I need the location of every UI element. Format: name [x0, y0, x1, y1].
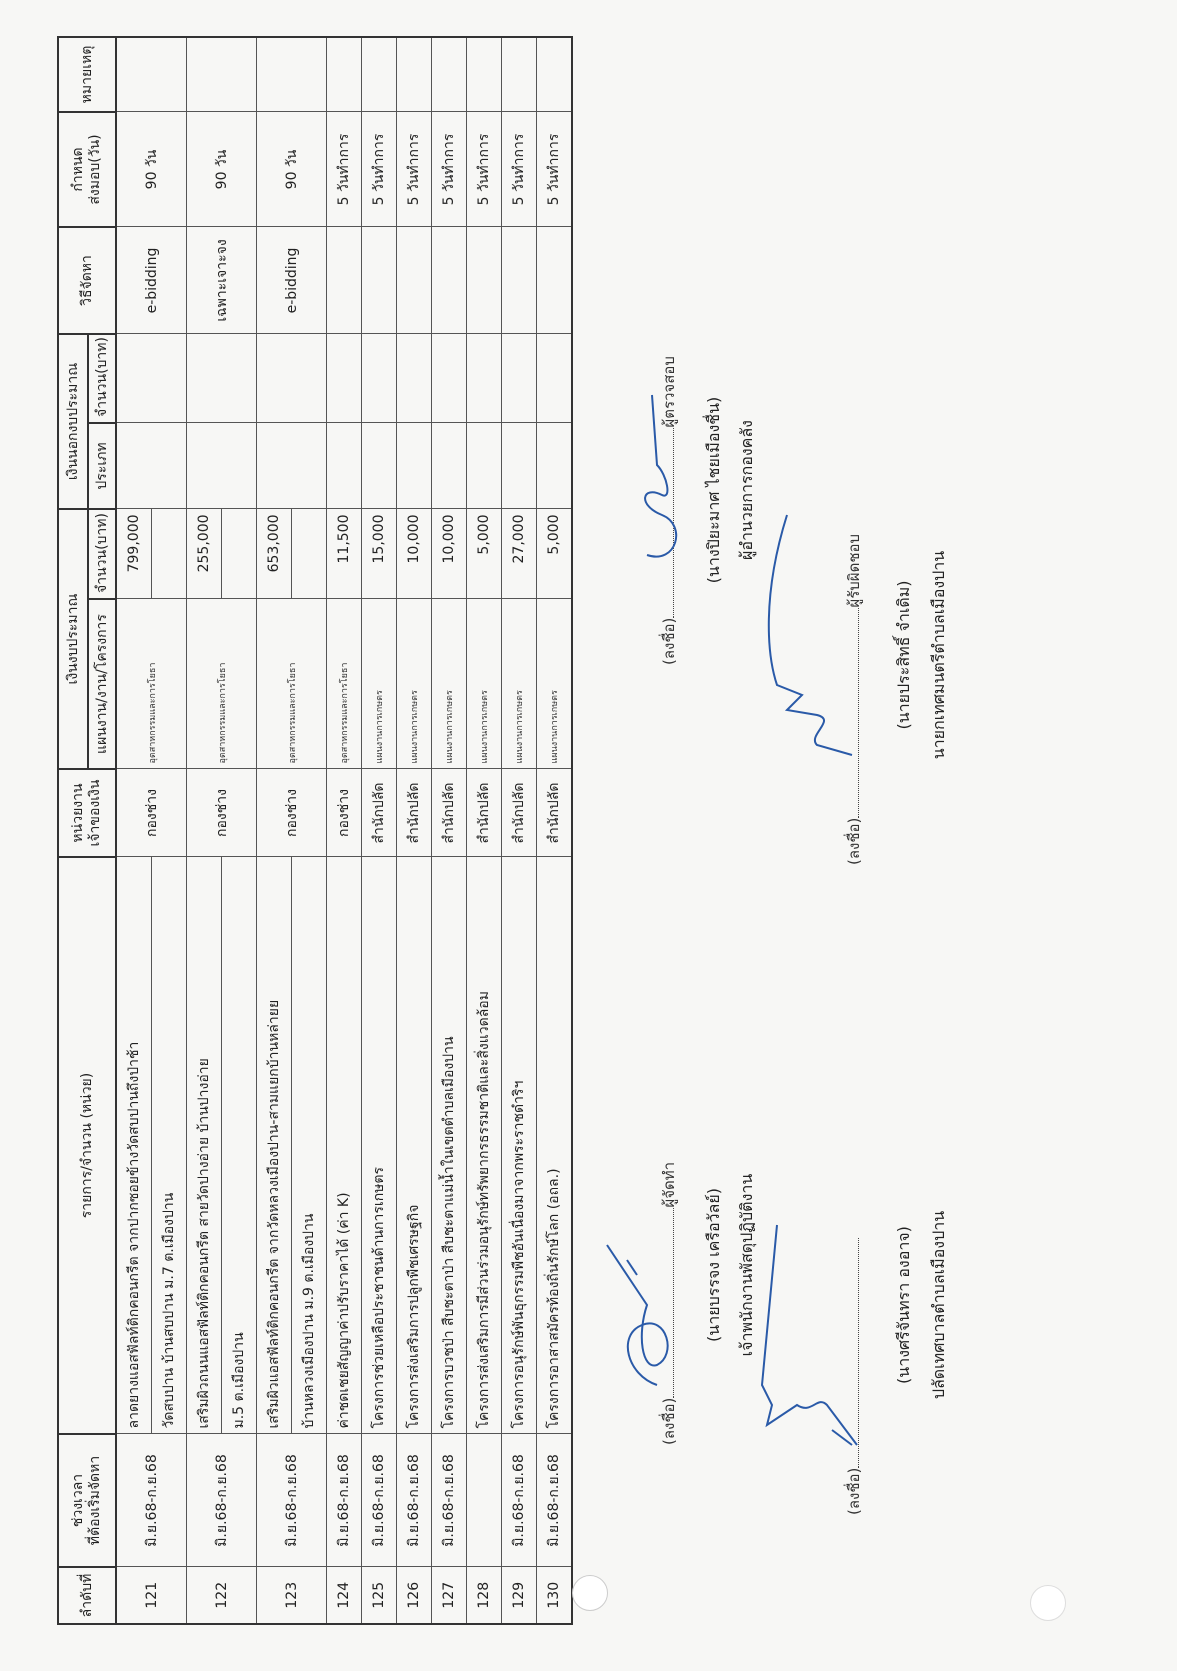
row-period: มิ.ย.68-ก.ย.68 [397, 1434, 432, 1567]
row-description: โครงการส่งเสริมการปลูกพืชเศรษฐกิจ [397, 857, 432, 1434]
row-budget-amount: 11,500 [327, 509, 362, 599]
approver-block: (นายประสิทธิ์ จำเดิม) นายกเทศมนตรีตำบลเม… [892, 525, 952, 785]
row-remarks [327, 37, 362, 112]
checker-name: (นางปิยะมาศ ไชยเมืองชื่น) [702, 365, 727, 615]
row-period: มิ.ย.68-ก.ย.68 [257, 1434, 327, 1567]
row-budget-amount: 255,000 [187, 509, 222, 599]
row-extra-type [257, 423, 327, 509]
rotated-document-page: ลำดับที่ ช่วงเวลาที่ต้องเริ่มจัดหา รายกา… [57, 38, 1157, 1625]
row-deadline: 5 วันทำการ [537, 112, 573, 227]
row-owner-unit: สำนักปลัด [432, 769, 467, 857]
preparer-block: (นายบรรจง เครือวัลย์) เจ้าพนักงานพัสดุปฏ… [702, 1155, 760, 1375]
row-description: เสริมผิวแอสฟัลท์ติกคอนกรีต จากวัดหลวงเมื… [257, 857, 292, 1434]
row-budget-plan: แผนงานการเกษตร [362, 599, 397, 769]
binder-hole-mark [1030, 1585, 1066, 1621]
table-row: 125มิ.ย.68-ก.ย.68โครงการช่วยเหลือประชาชน… [362, 37, 397, 1624]
header-unit: หน่วยงานเจ้าของเงิน [58, 769, 116, 857]
row-deadline: 5 วันทำการ [502, 112, 537, 227]
row-budget-amount-blank [152, 509, 187, 599]
row-extra-type [187, 423, 257, 509]
row-owner-unit: กองช่าง [327, 769, 362, 857]
header-extra-amount: จำนวน(บาท) [88, 334, 116, 423]
row-period: มิ.ย.68-ก.ย.68 [187, 1434, 257, 1567]
row-description-continued: บ้านหลวงเมืองปาน ม.9 ต.เมืองปาน [292, 857, 327, 1434]
table-row: 122มิ.ย.68-ก.ย.68เสริมผิวถนนแอสฟัลท์ติกค… [187, 37, 222, 1624]
row-budget-plan: อุตสาหกรรมและการโยธา [187, 599, 257, 769]
binder-hole-mark [572, 1575, 608, 1611]
table-body: 121มิ.ย.68-ก.ย.68ลาดยางแอสฟัลท์ติกคอนกรี… [116, 37, 572, 1624]
row-remarks [397, 37, 432, 112]
row-description: โครงการบวชป่า สืบชะตาป่า สืบชะตาแม่น้ำใน… [432, 857, 467, 1434]
preparer-handwritten-signature [587, 1195, 697, 1395]
preparer-name: (นายบรรจง เครือวัลย์) [702, 1155, 727, 1375]
row-period: มิ.ย.68-ก.ย.68 [116, 1434, 187, 1567]
row-description: โครงการอาสาสมัครท้องถิ่นรักษ์โลก (อถล.) [537, 857, 573, 1434]
row-budget-plan: อุตสาหกรรมและการโยธา [116, 599, 187, 769]
row-budget-plan: แผนงานการเกษตร [432, 599, 467, 769]
row-period: มิ.ย.68-ก.ย.68 [362, 1434, 397, 1567]
header-budget-plan: แผนงาน/งาน/โครงการ [88, 599, 116, 769]
row-deadline: 90 วัน [187, 112, 257, 227]
row-extra-type [327, 423, 362, 509]
row-budget-plan: แผนงานการเกษตร [537, 599, 573, 769]
table-row: 127มิ.ย.68-ก.ย.68โครงการบวชป่า สืบชะตาป่… [432, 37, 467, 1624]
row-period: มิ.ย.68-ก.ย.68 [432, 1434, 467, 1567]
row-budget-amount: 10,000 [397, 509, 432, 599]
header-budget-amount: จำนวน(บาท) [88, 509, 116, 599]
row-budget-amount-blank [292, 509, 327, 599]
row-extra-type [397, 423, 432, 509]
row-budget-amount: 5,000 [537, 509, 573, 599]
row-deadline: 5 วันทำการ [327, 112, 362, 227]
checker-handwritten-signature [617, 385, 697, 565]
approver-name: (นายประสิทธิ์ จำเดิม) [892, 525, 917, 785]
row-extra-type [467, 423, 502, 509]
row-budget-plan: แผนงานการเกษตร [467, 599, 502, 769]
header-remarks: หมายเหตุ [58, 37, 116, 112]
row-owner-unit: กองช่าง [116, 769, 187, 857]
row-budget-amount: 799,000 [116, 509, 152, 599]
row-number: 125 [362, 1567, 397, 1624]
row-budget-plan: อุตสาหกรรมและการโยธา [327, 599, 362, 769]
row-budget-amount-blank [222, 509, 257, 599]
table-row: 124มิ.ย.68-ก.ย.68ค่าชดเชยสัญญาค่าปรับราค… [327, 37, 362, 1624]
row-method: เฉพาะเจาะจง [187, 227, 257, 334]
row-extra-type [502, 423, 537, 509]
row-budget-amount: 10,000 [432, 509, 467, 599]
header-deadline: กำหนดส่งมอบ(วัน) [58, 112, 116, 227]
row-budget-amount: 15,000 [362, 509, 397, 599]
row-description: โครงการอนุรักษ์พันธุกรรมพืชอันเนื่องมาจา… [502, 857, 537, 1434]
row-budget-amount: 653,000 [257, 509, 292, 599]
row-extra-amount [432, 334, 467, 423]
row-deadline: 90 วัน [257, 112, 327, 227]
table-row: 129มิ.ย.68-ก.ย.68โครงการอนุรักษ์พันธุกรร… [502, 37, 537, 1624]
row-deadline: 5 วันทำการ [397, 112, 432, 227]
row-extra-type [432, 423, 467, 509]
row-number: 124 [327, 1567, 362, 1624]
row-number: 122 [187, 1567, 257, 1624]
row-number: 121 [116, 1567, 187, 1624]
header-method: วิธีจัดหา [58, 227, 116, 334]
table-row: 123มิ.ย.68-ก.ย.68เสริมผิวแอสฟัลท์ติกคอนก… [257, 37, 292, 1624]
row-extra-type [537, 423, 573, 509]
row-owner-unit: สำนักปลัด [502, 769, 537, 857]
row-remarks [502, 37, 537, 112]
row-description: โครงการช่วยเหลือประชาชนด้านการเกษตร [362, 857, 397, 1434]
row-remarks [116, 37, 187, 112]
row-extra-amount [257, 334, 327, 423]
row-owner-unit: สำนักปลัด [537, 769, 573, 857]
deputy-block: (นางศรีจันทรา องอาจ) ปลัดเทศบาลตำบลเมือง… [892, 1185, 952, 1425]
row-extra-amount [327, 334, 362, 423]
row-remarks [467, 37, 502, 112]
header-description: รายการ/จำนวน (หน่วย) [58, 857, 116, 1434]
deputy-handwritten-signature [757, 1205, 877, 1465]
row-extra-amount [362, 334, 397, 423]
header-budget-group: เงินงบประมาณ [58, 509, 88, 769]
row-period: มิ.ย.68-ก.ย.68 [502, 1434, 537, 1567]
row-budget-amount: 5,000 [467, 509, 502, 599]
row-owner-unit: กองช่าง [187, 769, 257, 857]
row-number: 130 [537, 1567, 573, 1624]
header-extra-budget-group: เงินนอกงบประมาณ [58, 334, 88, 509]
header-extra-type: ประเภท [88, 423, 116, 509]
header-no: ลำดับที่ [58, 1567, 116, 1624]
row-extra-type [116, 423, 187, 509]
row-method [362, 227, 397, 334]
row-budget-plan: แผนงานการเกษตร [397, 599, 432, 769]
row-method: e-bidding [116, 227, 187, 334]
row-extra-amount [187, 334, 257, 423]
row-extra-amount [116, 334, 187, 423]
table-row: 128โครงการส่งเสริมการมีส่วนร่วมอนุรักษ์ท… [467, 37, 502, 1624]
row-number: 128 [467, 1567, 502, 1624]
row-number: 127 [432, 1567, 467, 1624]
row-period [467, 1434, 502, 1567]
row-budget-plan: อุตสาหกรรมและการโยธา [257, 599, 327, 769]
row-method [432, 227, 467, 334]
table-row: 130มิ.ย.68-ก.ย.68โครงการอาสาสมัครท้องถิ่… [537, 37, 573, 1624]
row-method [397, 227, 432, 334]
row-description-continued: ม.5 ต.เมืองปาน [222, 857, 257, 1434]
row-remarks [537, 37, 573, 112]
row-extra-amount [537, 334, 573, 423]
checker-block: (นางปิยะมาศ ไชยเมืองชื่น) ผู้อำนวยการกอง… [702, 365, 760, 615]
row-period: มิ.ย.68-ก.ย.68 [327, 1434, 362, 1567]
row-budget-amount: 27,000 [502, 509, 537, 599]
approver-handwritten-signature [757, 495, 867, 775]
row-remarks [257, 37, 327, 112]
row-description: เสริมผิวถนนแอสฟัลท์ติกคอนกรีต สายวัดปางอ… [187, 857, 222, 1434]
row-extra-amount [502, 334, 537, 423]
deputy-name: (นางศรีจันทรา องอาจ) [892, 1185, 917, 1425]
row-owner-unit: สำนักปลัด [467, 769, 502, 857]
header-period: ช่วงเวลาที่ต้องเริ่มจัดหา [58, 1434, 116, 1567]
row-extra-amount [397, 334, 432, 423]
row-deadline: 5 วันทำการ [362, 112, 397, 227]
row-deadline: 5 วันทำการ [432, 112, 467, 227]
row-remarks [187, 37, 257, 112]
row-method: e-bidding [257, 227, 327, 334]
row-description: โครงการส่งเสริมการมีส่วนร่วมอนุรักษ์ทรัพ… [467, 857, 502, 1434]
row-owner-unit: สำนักปลัด [362, 769, 397, 857]
table-row: 126มิ.ย.68-ก.ย.68โครงการส่งเสริมการปลูกพ… [397, 37, 432, 1624]
row-owner-unit: สำนักปลัด [397, 769, 432, 857]
row-method [502, 227, 537, 334]
row-method [467, 227, 502, 334]
row-number: 126 [397, 1567, 432, 1624]
table-row: 121มิ.ย.68-ก.ย.68ลาดยางแอสฟัลท์ติกคอนกรี… [116, 37, 152, 1624]
deputy-position: ปลัดเทศบาลตำบลเมืองปาน [927, 1185, 952, 1425]
row-method [327, 227, 362, 334]
procurement-plan-table: ลำดับที่ ช่วงเวลาที่ต้องเริ่มจัดหา รายกา… [57, 36, 573, 1625]
row-remarks [362, 37, 397, 112]
row-remarks [432, 37, 467, 112]
row-method [537, 227, 573, 334]
row-owner-unit: กองช่าง [257, 769, 327, 857]
row-deadline: 90 วัน [116, 112, 187, 227]
row-budget-plan: แผนงานการเกษตร [502, 599, 537, 769]
row-extra-amount [467, 334, 502, 423]
approver-position: นายกเทศมนตรีตำบลเมืองปาน [927, 525, 952, 785]
row-number: 123 [257, 1567, 327, 1624]
row-number: 129 [502, 1567, 537, 1624]
row-deadline: 5 วันทำการ [467, 112, 502, 227]
row-description: ลาดยางแอสฟัลท์ติกคอนกรีต จากปากซอยข้างวั… [116, 857, 152, 1434]
row-extra-type [362, 423, 397, 509]
row-description: ค่าชดเชยสัญญาค่าปรับราคาได้ (ค่า K) [327, 857, 362, 1434]
row-period: มิ.ย.68-ก.ย.68 [537, 1434, 573, 1567]
row-description-continued: วัดสบปาน บ้านสบปาน ม.7 ต.เมืองปาน [152, 857, 187, 1434]
